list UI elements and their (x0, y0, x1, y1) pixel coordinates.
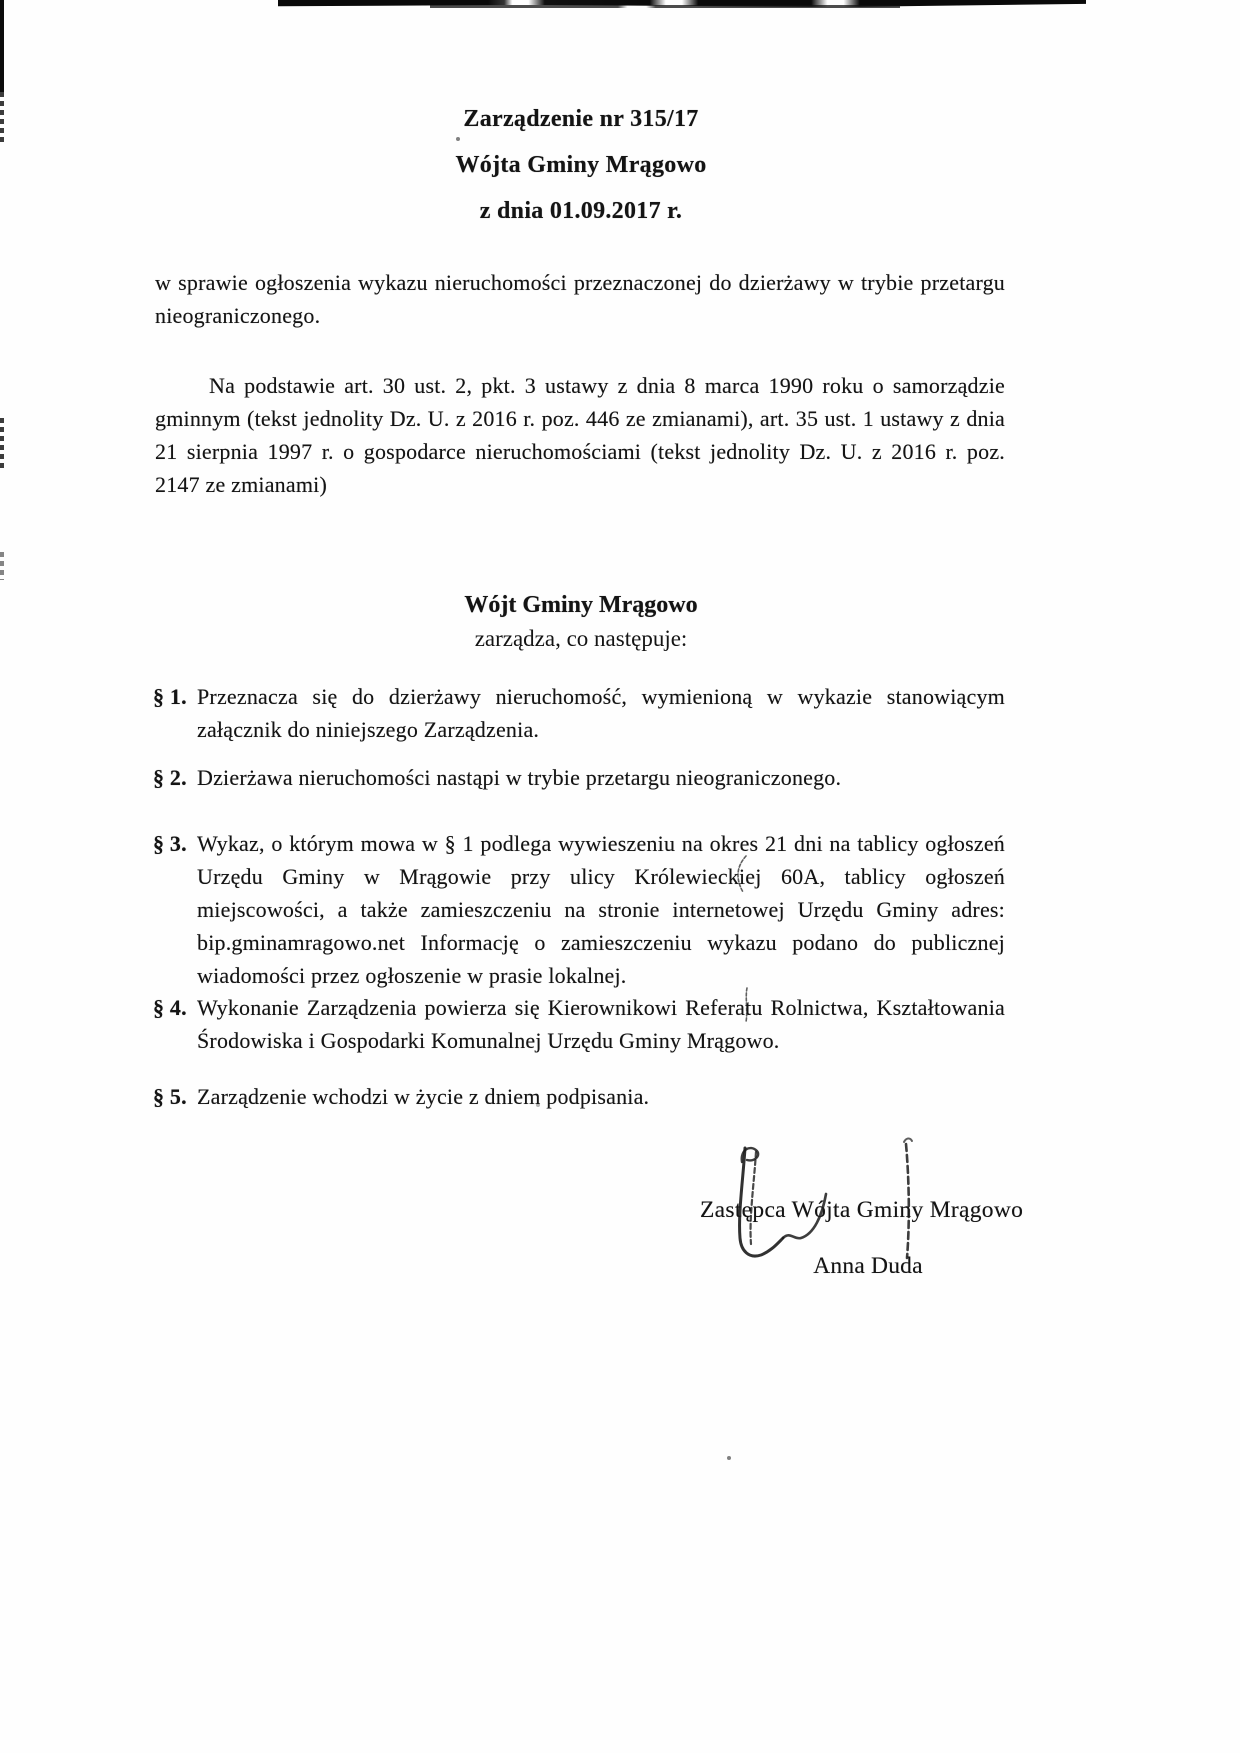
paragraph-line: Urzędu Gminy w Mrągowie przy ulicy Króle… (197, 860, 1005, 893)
paragraph-line: bip.gminamragowo.net Informację o zamies… (197, 926, 1005, 959)
paragraph-line: Wykonanie Zarządzenia powierza się Kiero… (197, 991, 1005, 1024)
scan-artifact-left-edge (0, 0, 4, 92)
scan-speck (727, 1456, 731, 1460)
scanned-document-page: Zarządzenie nr 315/17 Wójta Gminy Mrągow… (0, 0, 1240, 1753)
section-label: § 2. (153, 761, 187, 794)
scan-artifact-left-edge (0, 418, 4, 470)
section-paragraph-5: § 5. Zarządzenie wchodzi w życie z dniem… (197, 1080, 1005, 1113)
section-label: § 4. (153, 991, 187, 1024)
paragraph-line: Na podstawie art. 30 ust. 2, pkt. 3 usta… (155, 369, 1005, 402)
paragraph-line: miejscowości, a także zamieszczeniu na s… (197, 893, 1005, 926)
ordering-subheading: zarządza, co następuje: (155, 622, 1007, 656)
section-paragraph-1: § 1. Przeznacza się do dzierżawy nieruch… (197, 680, 1005, 746)
paragraph-line: gminnym (tekst jednolity Dz. U. z 2016 r… (155, 402, 1005, 435)
handwritten-signature-ink (718, 1132, 958, 1292)
paragraph-line: załącznik do niniejszego Zarządzenia. (197, 713, 1005, 746)
paragraph-line: 2147 ze zmianami) (155, 468, 1005, 501)
section-label: § 5. (153, 1080, 187, 1113)
scan-artifact-left-edge (0, 92, 4, 142)
paragraph-line: Przeznacza się do dzierżawy nieruchomość… (197, 680, 1005, 713)
paragraph-line: Zarządzenie wchodzi w życie z dniem podp… (197, 1080, 1005, 1113)
paragraph-line: wiadomości przez ogłoszenie w prasie lok… (197, 959, 1005, 992)
section-label: § 1. (153, 680, 187, 713)
paragraph-line: 21 sierpnia 1997 r. o gospodarce nieruch… (155, 435, 1005, 468)
title-line-ordinance-number: Zarządzenie nr 315/17 (155, 96, 1007, 142)
scan-artifact-top-edge-2 (430, 5, 900, 8)
title-line-date: z dnia 01.09.2017 r. (155, 188, 1007, 234)
paragraph-line: w sprawie ogłoszenia wykazu nieruchomośc… (155, 266, 1005, 299)
paragraph-line: Wykaz, o którym mowa w § 1 podlega wywie… (197, 827, 1005, 860)
ordering-heading: Wójt Gminy Mrągowo (155, 588, 1007, 622)
paragraph-line: nieograniczonego. (155, 299, 1005, 332)
subject-paragraph: w sprawie ogłoszenia wykazu nieruchomośc… (155, 266, 1005, 332)
paragraph-line: Dzierżawa nieruchomości nastąpi w trybie… (197, 761, 1005, 794)
section-paragraph-3: § 3. Wykaz, o którym mowa w § 1 podlega … (197, 827, 1005, 992)
legal-basis-paragraph: Na podstawie art. 30 ust. 2, pkt. 3 usta… (155, 369, 1005, 501)
section-paragraph-2: § 2. Dzierżawa nieruchomości nastąpi w t… (197, 761, 1005, 794)
title-line-issuer: Wójta Gminy Mrągowo (155, 142, 1007, 188)
section-label: § 3. (153, 827, 187, 860)
section-paragraph-4: § 4. Wykonanie Zarządzenia powierza się … (197, 991, 1005, 1057)
paragraph-line: Środowiska i Gospodarki Komunalnej Urzęd… (197, 1024, 1005, 1057)
document-title: Zarządzenie nr 315/17 Wójta Gminy Mrągow… (155, 96, 1007, 234)
ordering-heading-block: Wójt Gminy Mrągowo zarządza, co następuj… (155, 588, 1007, 656)
stray-pen-mark (742, 986, 752, 1024)
scan-artifact-left-edge (0, 552, 4, 580)
stray-pen-mark (732, 854, 750, 894)
